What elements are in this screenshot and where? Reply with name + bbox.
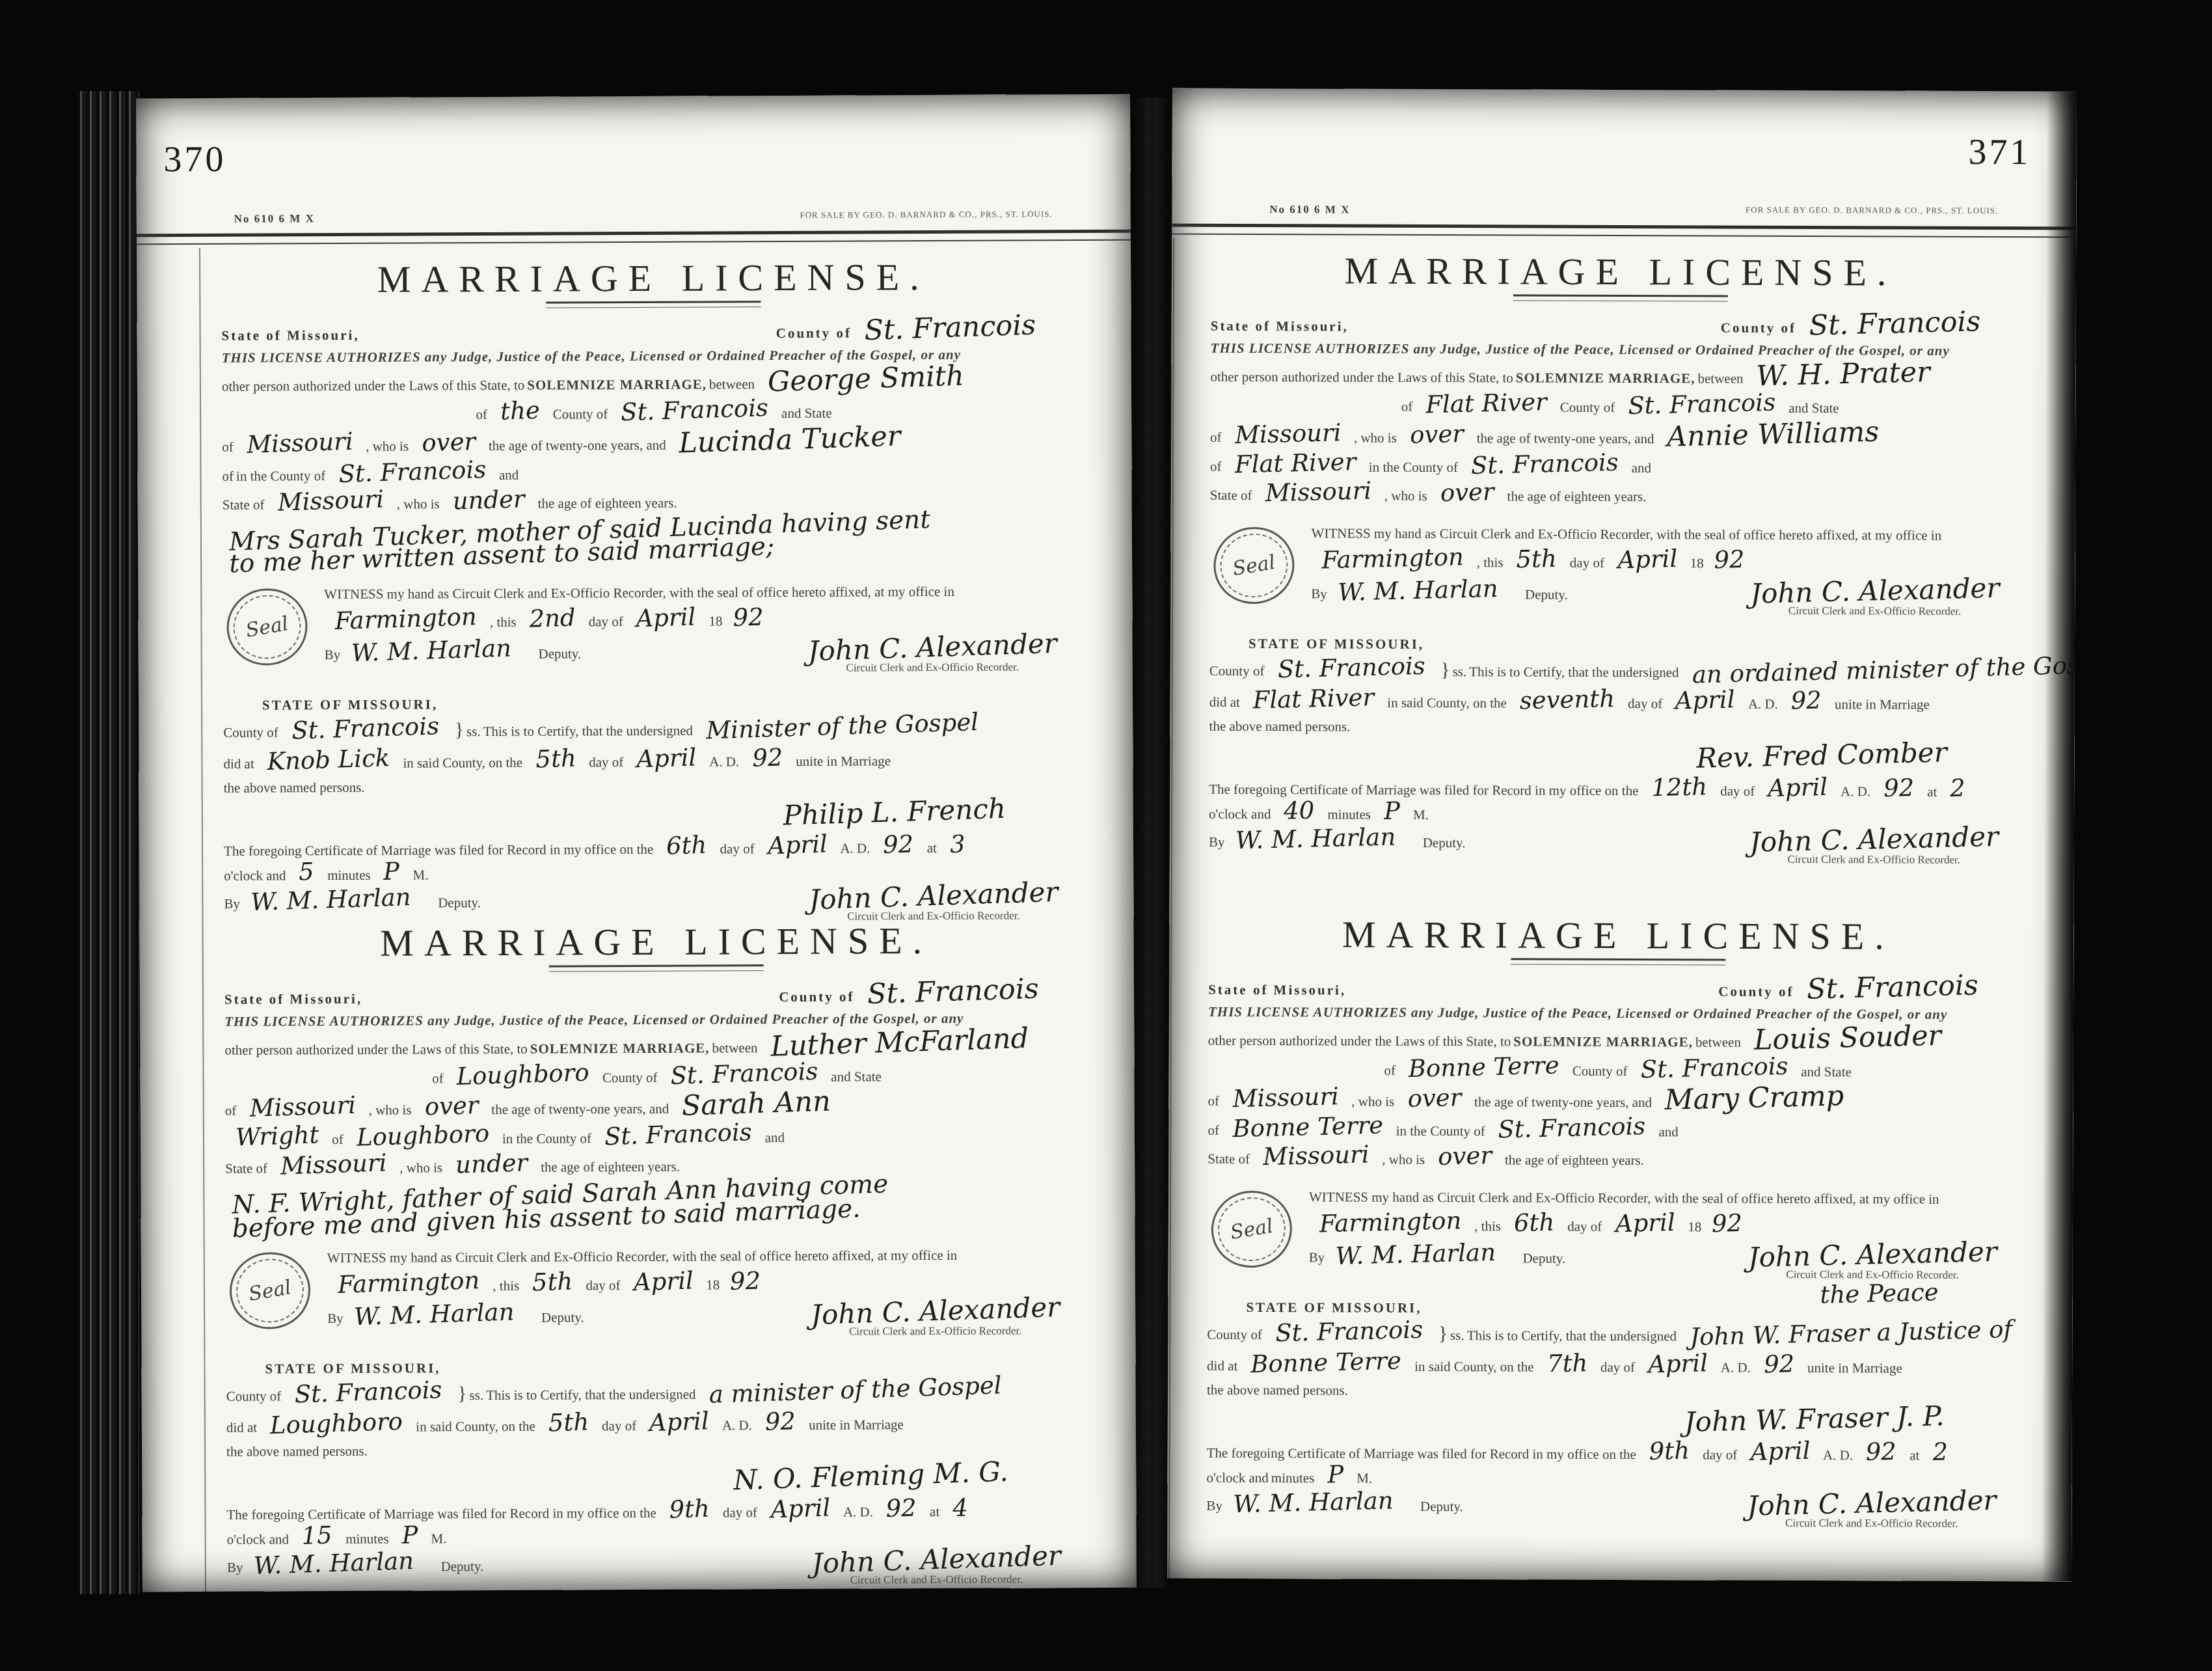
publisher-line: FOR SALE BY GEO. D. BARNARD & CO., PRS.,… <box>800 209 1052 221</box>
license-title: MARRIAGE LICENSE. <box>1208 912 2028 958</box>
bride-residence: Bonne Terre <box>1232 1114 1384 1139</box>
filed-month: April <box>1750 1439 1811 1463</box>
groom-age-qualifier: over <box>424 1094 479 1118</box>
notary-seal: Seal <box>222 583 313 671</box>
groom-residence: Bonne Terre <box>1409 1054 1560 1080</box>
form-number: No 610 6 M X <box>234 212 315 226</box>
ceremony-day: 5th <box>548 1411 589 1433</box>
bride-state: Missouri <box>1265 480 1371 504</box>
certificate-county: St. Francois <box>1277 655 1425 680</box>
deputy-signature: W. M. Harlan <box>353 1301 514 1327</box>
authorizes-line: THIS LICENSE AUTHORIZES any Judge, Justi… <box>222 346 961 365</box>
witness-year: 92 <box>730 1270 761 1293</box>
seal-word: Seal <box>247 1278 292 1303</box>
certificate-block: STATE OF MISSOURI, County of St. Francoi… <box>223 692 1088 827</box>
groom-name: Louis Souder <box>1754 1024 1942 1053</box>
title-rule <box>549 964 764 971</box>
witness-day: 6th <box>1514 1212 1555 1234</box>
officiant-signature: Rev. Fred Comber <box>1696 740 1947 770</box>
ceremony-day: 5th <box>535 747 576 770</box>
officiant-signature: John W. Fraser J. P. <box>1684 1404 1945 1435</box>
license-title: MARRIAGE LICENSE. <box>221 254 1085 302</box>
bride-state: Missouri <box>280 1152 386 1177</box>
deputy-signature: W. M. Harlan <box>1337 577 1498 603</box>
certificate-county: St. Francois <box>294 1379 442 1406</box>
witness-month: April <box>633 1270 694 1294</box>
authorizes-line2: other person authorized under the Laws o… <box>222 377 524 394</box>
witness-statement: WITNESS my hand as Circuit Clerk and Ex-… <box>327 1247 958 1266</box>
filing-block: The foregoing Certificate of Marriage wa… <box>226 1497 1091 1591</box>
authorizes-line2: other person authorized under the Laws o… <box>1208 1033 1511 1050</box>
certificate-county: St. Francois <box>291 715 439 742</box>
solemnize-label: SOLEMNIZE MARRIAGE, <box>527 377 707 393</box>
county-of-label: County of <box>776 325 852 342</box>
filing-block: The foregoing Certificate of Marriage wa… <box>1209 774 2029 868</box>
bride-name: Lucinda Tucker <box>679 424 901 456</box>
witness-day: 5th <box>1516 548 1557 571</box>
marriage-license-form: MARRIAGE LICENSE. State of Missouri, Cou… <box>221 254 1088 917</box>
bride-name: Mary Cramp <box>1665 1083 1844 1113</box>
filed-month: April <box>1768 776 1828 799</box>
solemnize-label: SOLEMNIZE MARRIAGE, <box>530 1040 710 1057</box>
form-number: No 610 6 M X <box>1269 203 1350 216</box>
filing-block: The foregoing Certificate of Marriage wa… <box>224 833 1088 927</box>
groom-age-qualifier: over <box>1410 423 1464 446</box>
publisher-line: FOR SALE BY GEO. D. BARNARD & CO., PRS.,… <box>1746 205 1998 216</box>
witness-statement: WITNESS my hand as Circuit Clerk and Ex-… <box>1312 525 1942 543</box>
filed-hour: 3 <box>949 833 965 855</box>
ceremony-month: April <box>1675 688 1736 712</box>
groom-county: St. Francois <box>1640 1055 1788 1080</box>
ceremony-year: 92 <box>764 1410 796 1433</box>
page-number: 371 <box>1969 131 2031 173</box>
groom-residence: the <box>500 399 541 422</box>
witness-month: April <box>1615 1212 1675 1235</box>
ceremony-place: Loughboro <box>270 1410 403 1436</box>
solemnize-label: SOLEMNIZE MARRIAGE, <box>1516 370 1695 386</box>
book-page-right: 371 No 610 6 M X FOR SALE BY GEO. D. BAR… <box>1167 88 2077 1582</box>
groom-name: George Smith <box>767 364 964 395</box>
solemnize-label: SOLEMNIZE MARRIAGE, <box>1513 1033 1693 1050</box>
deputy-signature: W. M. Harlan <box>253 1550 414 1577</box>
authorizes-line: THIS LICENSE AUTHORIZES any Judge, Justi… <box>1211 340 1950 358</box>
officiant-description: an ordained minister of the Gospel <box>1692 653 2077 685</box>
county-of-label: County of <box>1718 984 1794 999</box>
groom-age-qualifier: over <box>1407 1087 1462 1109</box>
license-title: MARRIAGE LICENSE. <box>224 918 1088 966</box>
book-page-left: 370 No 610 6 M X FOR SALE BY GEO. D. BAR… <box>136 94 1137 1592</box>
seal-word: Seal <box>1232 553 1276 577</box>
authorizes-line2: other person authorized under the Laws o… <box>1210 369 1513 386</box>
officiant-signature: Philip L. French <box>783 796 1006 828</box>
bride-name: Sarah Ann <box>682 1089 831 1119</box>
witness-month: April <box>1617 548 1678 571</box>
bride-county: St. Francois <box>1498 1115 1646 1140</box>
witness-place: Farmington <box>337 1270 479 1296</box>
groom-age-qualifier: over <box>422 431 476 454</box>
clerk-signature: John C. Alexander <box>1750 575 2000 606</box>
clerk-signature: John C. Alexander <box>1749 824 1999 854</box>
license-title: MARRIAGE LICENSE. <box>1211 249 2030 295</box>
groom-state: Missouri <box>1232 1085 1339 1109</box>
book-binding <box>77 91 139 1594</box>
bride-state: Missouri <box>277 488 384 513</box>
ceremony-day: seventh <box>1520 687 1615 711</box>
witness-month: April <box>636 606 696 630</box>
filed-month: April <box>770 1497 831 1520</box>
groom-county: St. Francois <box>621 396 769 423</box>
ceremony-day: 7th <box>1546 1352 1587 1374</box>
ceremony-year: 92 <box>752 746 783 769</box>
filed-hour: 4 <box>952 1497 969 1519</box>
officiant-description: Minister of the Gospel <box>706 711 979 742</box>
deputy-signature: W. M. Harlan <box>250 886 411 913</box>
state-of-missouri-label: State of Missouri, <box>222 325 360 346</box>
filed-day: 12th <box>1651 776 1708 798</box>
bride-state: Missouri <box>1263 1143 1369 1167</box>
deputy-signature: W. M. Harlan <box>1233 1489 1394 1515</box>
officiant-description: John W. Fraser a Justice of <box>1690 1318 2013 1348</box>
deputy-signature: W. M. Harlan <box>1335 1241 1496 1266</box>
filed-ampm: P <box>401 1524 418 1546</box>
groom-residence: Loughboro <box>456 1061 589 1087</box>
witness-statement: WITNESS my hand as Circuit Clerk and Ex-… <box>324 584 954 602</box>
ceremony-year: 92 <box>1791 689 1822 711</box>
clerk-signature: John C. Alexander <box>807 631 1057 664</box>
marriage-license-form: MARRIAGE LICENSE. State of Missouri, Cou… <box>224 918 1091 1581</box>
page-number: 370 <box>163 139 226 180</box>
groom-state: Missouri <box>249 1094 356 1120</box>
ceremony-place: Bonne Terre <box>1250 1350 1402 1375</box>
filed-ampm: P <box>1384 800 1401 822</box>
filed-hour: 2 <box>1950 777 1965 799</box>
bride-residence: Flat River <box>1234 450 1356 475</box>
county-handwritten: St. Francois <box>1807 973 1978 1002</box>
header-rule <box>137 230 1131 245</box>
witness-block: Seal WITNESS my hand as Circuit Clerk an… <box>1209 523 2030 623</box>
ceremony-year: 92 <box>1764 1353 1795 1375</box>
ceremony-month: April <box>636 746 697 770</box>
witness-block: Seal WITNESS my hand as Circuit Clerk an… <box>226 1245 1090 1346</box>
filed-hour: 2 <box>1932 1441 1948 1463</box>
seal-word: Seal <box>1229 1217 1274 1241</box>
filed-year: 92 <box>883 833 914 856</box>
filed-year: 92 <box>1883 776 1915 798</box>
bride-age-qualifier: over <box>1440 481 1494 504</box>
seal-word: Seal <box>245 614 290 639</box>
bride-residence: Loughboro <box>356 1122 489 1148</box>
filing-block: The foregoing Certificate of Marriage wa… <box>1206 1438 2026 1532</box>
witness-year: 92 <box>1712 1212 1743 1234</box>
witness-year: 92 <box>1714 549 1745 571</box>
filed-year: 92 <box>1866 1440 1897 1462</box>
witness-day: 5th <box>532 1271 573 1294</box>
header-rule <box>1172 224 2076 238</box>
groom-residence: Flat River <box>1425 390 1547 415</box>
bride-age-qualifier: under <box>455 1152 528 1176</box>
witness-year: 92 <box>733 606 764 629</box>
state-of-missouri-label: State of Missouri, <box>224 989 362 1010</box>
clerk-signature: John C. Alexander <box>809 880 1059 912</box>
officiant-signature: N. O. Fleming M. G. <box>733 1459 1009 1492</box>
ceremony-place: Knob Lick <box>267 747 390 772</box>
ceremony-month: April <box>649 1410 710 1433</box>
scanned-register-book: 370 No 610 6 M X FOR SALE BY GEO. D. BAR… <box>0 0 2212 1671</box>
clerk-signature: John C. Alexander <box>811 1543 1061 1576</box>
groom-name: W. H. Prater <box>1756 360 1930 389</box>
filed-ampm: P <box>383 860 400 882</box>
witness-place: Farmington <box>1319 1210 1462 1235</box>
notary-seal: Seal <box>1209 522 1299 609</box>
witness-statement: WITNESS my hand as Circuit Clerk and Ex-… <box>1309 1189 1939 1206</box>
groom-county: St. Francois <box>670 1060 818 1087</box>
title-rule <box>546 301 761 308</box>
ceremony-place: Flat River <box>1253 686 1375 711</box>
groom-name: Luther McFarland <box>770 1026 1029 1059</box>
bride-age-qualifier: over <box>1438 1145 1492 1167</box>
deputy-signature: W. M. Harlan <box>351 637 511 664</box>
witness-place: Farmington <box>1321 546 1464 571</box>
groom-state: Missouri <box>246 431 353 456</box>
authorizes-line: THIS LICENSE AUTHORIZES any Judge, Justi… <box>1208 1003 1947 1022</box>
title-rule <box>1513 294 1728 301</box>
bride-county: St. Francois <box>1471 451 1619 476</box>
bride-age-qualifier: under <box>452 488 525 512</box>
groom-state: Missouri <box>1234 422 1341 446</box>
county-handwritten: St. Francois <box>867 977 1040 1007</box>
officiant-description-overflow: the Peace <box>1820 1281 1939 1306</box>
officiant-description: a minister of the Gospel <box>708 1374 1002 1406</box>
filed-minutes: 15 <box>301 1525 332 1547</box>
certificate-block: STATE OF MISSOURI, County of St. Francoi… <box>1209 634 2029 768</box>
filed-minutes: 40 <box>1284 800 1315 822</box>
state-of-missouri-label: State of Missouri, <box>1208 980 1346 1001</box>
certificate-block: STATE OF MISSOURI, County of St. Francoi… <box>1207 1297 2027 1432</box>
bride-name: Annie Williams <box>1667 420 1880 450</box>
notary-seal: Seal <box>1206 1186 1297 1273</box>
deputy-signature: W. M. Harlan <box>1235 826 1396 851</box>
filed-ampm: P <box>1327 1463 1344 1486</box>
county-handwritten: St. Francois <box>1809 309 1981 338</box>
bride-name-wrap: Wright <box>235 1124 319 1148</box>
county-handwritten: St. Francois <box>864 313 1036 344</box>
bride-county: St. Francois <box>338 458 487 485</box>
witness-place: Farmington <box>334 606 477 632</box>
bride-county: St. Francois <box>604 1121 752 1148</box>
filed-day: 6th <box>666 834 707 856</box>
certificate-block: STATE OF MISSOURI, County of St. Francoi… <box>226 1355 1090 1491</box>
state-of-missouri-label: State of Missouri, <box>1211 316 1349 337</box>
marriage-license-form: MARRIAGE LICENSE. State of Missouri, Cou… <box>1206 912 2029 1573</box>
witness-day: 2nd <box>529 607 576 631</box>
ceremony-month: April <box>1648 1352 1708 1376</box>
book-gutter <box>1133 98 1170 1588</box>
clerk-signature: John C. Alexander <box>810 1295 1060 1327</box>
filed-day: 9th <box>1649 1439 1690 1462</box>
certificate-county: St. Francois <box>1275 1318 1423 1344</box>
filed-month: April <box>767 833 828 856</box>
title-rule <box>1511 958 1725 965</box>
witness-block: Seal WITNESS my hand as Circuit Clerk an… <box>1207 1186 2028 1287</box>
authorizes-line2: other person authorized under the Laws o… <box>224 1041 527 1058</box>
notary-seal: Seal <box>224 1247 316 1335</box>
filed-year: 92 <box>885 1497 917 1519</box>
marriage-license-form: MARRIAGE LICENSE. State of Missouri, Cou… <box>1209 249 2031 910</box>
groom-county: St. Francois <box>1628 391 1776 416</box>
county-of-label: County of <box>779 989 854 1005</box>
authorizes-line: THIS LICENSE AUTHORIZES any Judge, Justi… <box>224 1010 964 1029</box>
clerk-signature: John C. Alexander <box>1747 1239 1997 1270</box>
filed-day: 9th <box>669 1497 710 1520</box>
county-of-label: County of <box>1721 320 1796 336</box>
witness-block: Seal WITNESS my hand as Circuit Clerk an… <box>223 581 1087 683</box>
filed-minutes: 5 <box>299 861 315 883</box>
clerk-signature: John C. Alexander <box>1747 1488 1997 1518</box>
